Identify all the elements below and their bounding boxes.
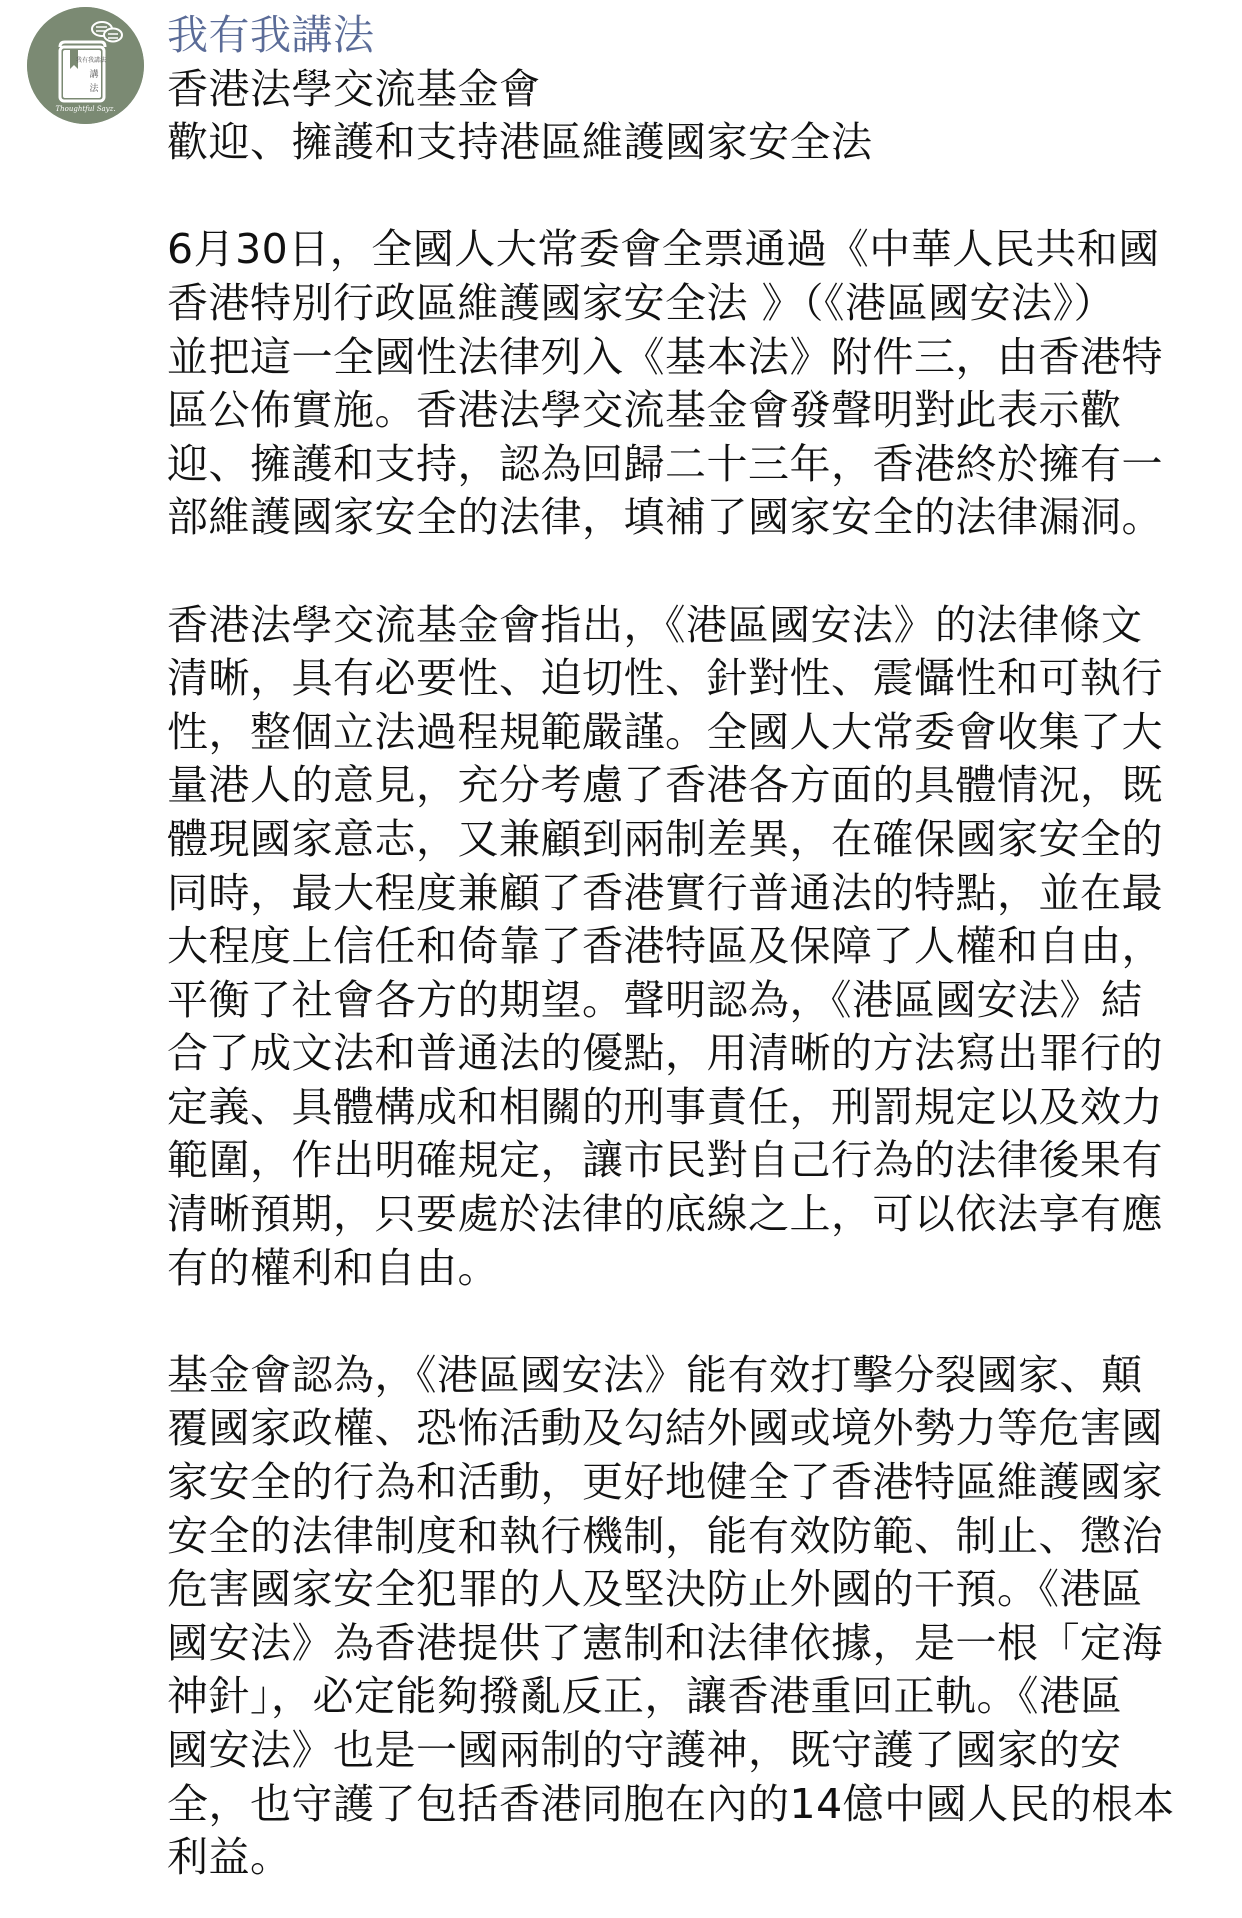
- text-line: 平衡了社會各方的期望。聲明認為，《港區國安法》結: [167, 974, 1227, 1028]
- text-line: 並把這一全國性法律列入《基本法》附件三，由香港特: [167, 331, 1227, 385]
- paragraph-gap: [167, 1295, 1227, 1349]
- text-line: 國安法》為香港提供了憲制和法律依據，是一根「定海: [167, 1617, 1227, 1671]
- text-line: 基金會認為，《港區國安法》能有效打擊分裂國家、顛: [167, 1349, 1227, 1403]
- post-header-line: 香港法學交流基金會: [167, 63, 1227, 117]
- svg-text:Thoughtful Sayz.: Thoughtful Sayz.: [55, 105, 115, 113]
- text-line: 定義、具體構成和相關的刑事責任，刑罰規定以及效力: [167, 1081, 1227, 1135]
- text-line: 迎、擁護和支持，認為回歸二十三年，香港終於擁有一: [167, 438, 1227, 492]
- text-line: 利益。: [167, 1831, 1227, 1885]
- svg-text:法: 法: [89, 82, 99, 94]
- paragraph-gap: [167, 545, 1227, 599]
- text-line: 家安全的行為和活動，更好地健全了香港特區維護國家: [167, 1456, 1227, 1510]
- text-line: 安全的法律制度和執行機制，能有效防範、制止、懲治: [167, 1510, 1227, 1564]
- post-header-line: 歡迎、擁護和支持港區維護國家安全法: [167, 116, 1227, 170]
- text-line: 神針」，必定能夠撥亂反正，讓香港重回正軌。《港區: [167, 1670, 1227, 1724]
- text-line: 性，整個立法過程規範嚴謹。全國人大常委會收集了大: [167, 706, 1227, 760]
- text-line: 國安法》也是一國兩制的守護神，既守護了國家的安: [167, 1724, 1227, 1778]
- text-line: 危害國家安全犯罪的人及堅決防止外國的干預。《港區: [167, 1563, 1227, 1617]
- paragraph-3: 基金會認為，《港區國安法》能有效打擊分裂國家、顛 覆國家政權、恐怖活動及勾結外國…: [167, 1349, 1227, 1885]
- text-line: 香港特別行政區維護國家安全法 》（《港區國安法》）: [167, 277, 1227, 331]
- text-line: 6月30日，全國人大常委會全票通過《中華人民共和國: [167, 223, 1227, 277]
- svg-text:我有我講法: 我有我講法: [76, 56, 107, 64]
- avatar[interactable]: 我有我講法 講 法 Thoughtful Sayz.: [27, 7, 144, 124]
- text-line: 範圍，作出明確規定，讓市民對自己行為的法律後果有: [167, 1134, 1227, 1188]
- text-line: 部維護國家安全的法律，填補了國家安全的法律漏洞。: [167, 491, 1227, 545]
- text-line: 全，也守護了包括香港同胞在內的14億中國人民的根本: [167, 1778, 1227, 1832]
- text-line: 香港法學交流基金會指出，《港區國安法》的法律條文: [167, 599, 1227, 653]
- text-line: 同時，最大程度兼顧了香港實行普通法的特點，並在最: [167, 867, 1227, 921]
- book-speech-bubble-logo-icon: 我有我講法 講 法 Thoughtful Sayz.: [27, 7, 144, 124]
- text-line: 量港人的意見，充分考慮了香港各方面的具體情況，既: [167, 759, 1227, 813]
- text-line: 區公佈實施。香港法學交流基金會發聲明對此表示歡: [167, 384, 1227, 438]
- paragraph-gap: [167, 170, 1227, 224]
- author-name[interactable]: 我有我講法: [167, 9, 1227, 63]
- text-line: 大程度上信任和倚靠了香港特區及保障了人權和自由，: [167, 920, 1227, 974]
- text-line: 清晰預期，只要處於法律的底線之上，可以依法享有應: [167, 1188, 1227, 1242]
- text-line: 覆國家政權、恐怖活動及勾結外國或境外勢力等危害國: [167, 1402, 1227, 1456]
- text-line: 體現國家意志，又兼顧到兩制差異，在確保國家安全的: [167, 813, 1227, 867]
- text-line: 有的權利和自由。: [167, 1242, 1227, 1296]
- text-line: 清晰，具有必要性、迫切性、針對性、震懾性和可執行: [167, 652, 1227, 706]
- post-body: 我有我講法 香港法學交流基金會 歡迎、擁護和支持港區維護國家安全法 6月30日，…: [167, 9, 1227, 1885]
- text-line: 合了成文法和普通法的優點，用清晰的方法寫出罪行的: [167, 1027, 1227, 1081]
- paragraph-2: 香港法學交流基金會指出，《港區國安法》的法律條文 清晰，具有必要性、迫切性、針對…: [167, 599, 1227, 1296]
- svg-text:講: 講: [89, 68, 98, 80]
- paragraph-1: 6月30日，全國人大常委會全票通過《中華人民共和國 香港特別行政區維護國家安全法…: [167, 223, 1227, 545]
